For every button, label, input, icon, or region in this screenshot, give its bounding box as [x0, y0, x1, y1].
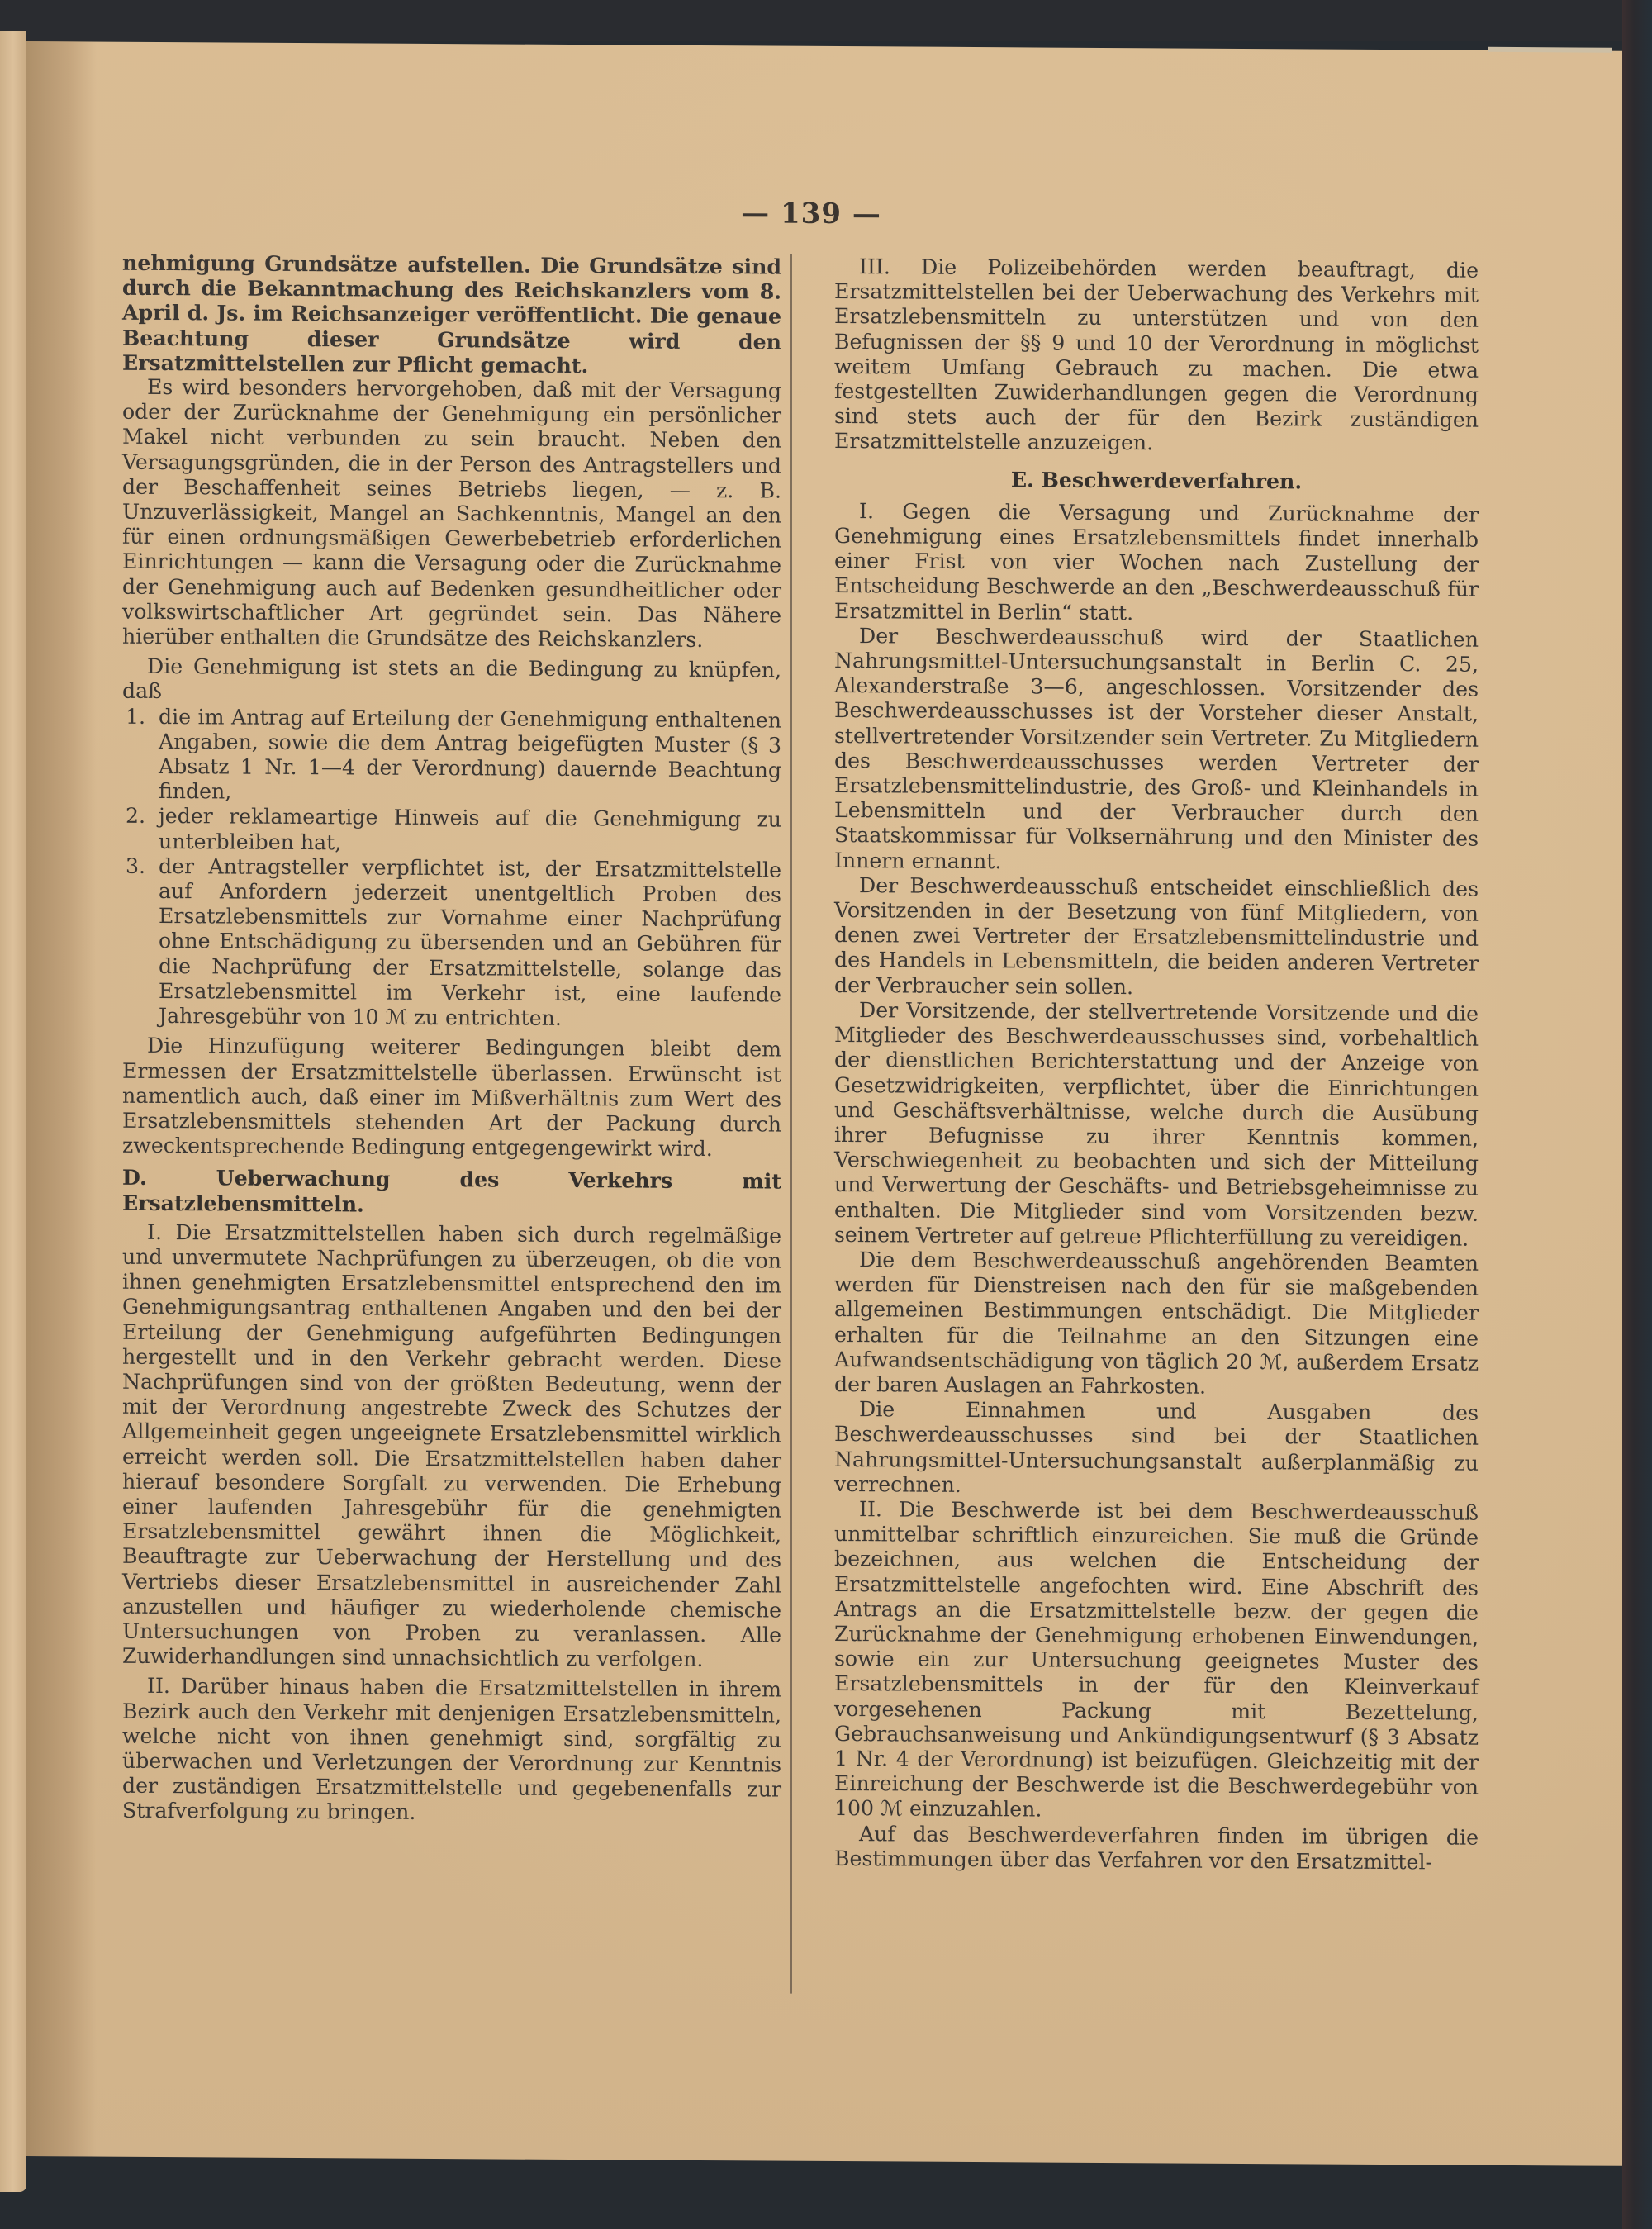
condition-text: jeder reklameartige Hinweis auf die Gene… — [159, 804, 781, 858]
left-column: nehmigung Grundsätze aufstellen. Die Gru… — [122, 250, 781, 1827]
page-number: — 139 — — [729, 197, 894, 231]
condition-item-1: 1. die im Antrag auf Erteilung der Geneh… — [122, 704, 781, 808]
book-cover-top — [0, 0, 1652, 41]
gutter-shadow — [26, 41, 97, 2157]
page-top-edge — [1488, 47, 1612, 53]
paragraph-grundsaetze: nehmigung Grundsätze aufstellen. Die Gru… — [122, 250, 781, 379]
paragraph-e-6: Die Einnahmen und Ausgaben des Beschwerd… — [834, 1397, 1479, 1501]
paragraph-e-1: I. Gegen die Versagung und Zurücknahme d… — [834, 499, 1479, 628]
paragraph-d-2: II. Darüber hinaus haben die Ersatzmitte… — [122, 1674, 781, 1827]
conditions-list: 1. die im Antrag auf Erteilung der Geneh… — [122, 704, 781, 1033]
column-divider — [790, 254, 792, 1994]
paragraph-hinzufuegung: Die Hinzufügung weiterer Bedingungen ble… — [122, 1034, 781, 1162]
document-page: — 139 — nehmigung Grundsätze aufstellen.… — [26, 41, 1622, 2166]
paragraph-e-3: Der Beschwerdeausschuß entscheidet einsc… — [834, 873, 1479, 1002]
condition-item-3: 3. der Antragsteller verpflichtet ist, d… — [122, 854, 781, 1033]
condition-number: 2. — [122, 804, 159, 854]
condition-text: die im Antrag auf Erteilung der Genehmig… — [159, 705, 781, 808]
condition-item-2: 2. jeder reklameartige Hinweis auf die G… — [122, 804, 781, 858]
condition-number: 3. — [122, 854, 159, 1029]
paragraph-e-5: Die dem Beschwerdeausschuß angehörenden … — [834, 1248, 1479, 1401]
condition-text: der Antragsteller verpflichtet ist, der … — [159, 854, 781, 1033]
paragraph-d-3: III. Die Polizeibehörden werden beauftra… — [834, 254, 1479, 458]
condition-number: 1. — [122, 704, 159, 804]
paragraph-d-1: I. Die Ersatzmittelstellen haben sich du… — [122, 1219, 781, 1673]
paragraph-e-7: II. Die Beschwerde ist bei dem Beschwerd… — [834, 1497, 1479, 1825]
paragraph-e-8: Auf das Beschwerdeverfahren finden im üb… — [834, 1822, 1479, 1875]
section-heading-e: E. Beschwerdeverfahren. — [834, 466, 1479, 495]
paragraph-e-2: Der Beschwerdeausschuß wird der Staatlic… — [834, 624, 1479, 877]
paragraph-versagung: Es wird besonders hervorgehoben, daß mit… — [122, 375, 781, 653]
section-heading-d: D. Ueberwachung des Verkehrs mit Ersatzl… — [122, 1165, 781, 1219]
right-column: III. Die Polizeibehörden werden beauftra… — [834, 254, 1479, 1875]
paragraph-bedingung: Die Genehmigung ist stets an die Bedingu… — [122, 654, 781, 708]
previous-page-edge — [0, 31, 26, 2192]
paragraph-e-4: Der Vorsitzende, der stellvertretende Vo… — [834, 998, 1479, 1252]
book-cover-right-edge — [1622, 0, 1652, 2229]
